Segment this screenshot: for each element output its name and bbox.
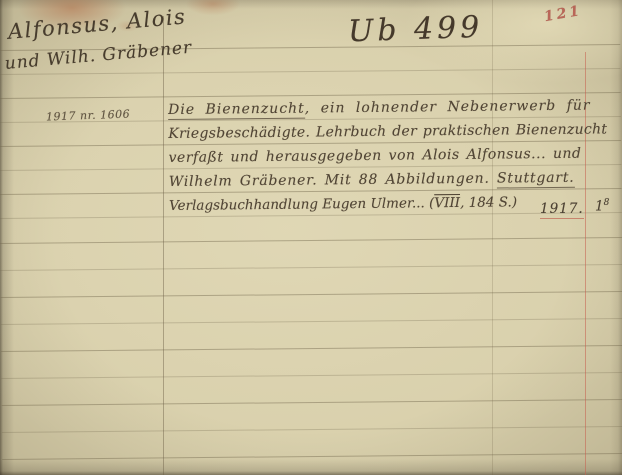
publisher-text: Verlagsbuchhandlung Eugen Ulmer... ( [169,195,434,214]
ruled-line [0,237,622,244]
format-exponent: 8 [604,198,610,208]
title-rest: , ein lohnender Nebenerwerb für [305,98,591,117]
left-margin-line [163,16,164,475]
ruled-line [2,399,622,406]
call-number: Ub 499 [347,10,483,50]
ruled-line [2,453,622,460]
roman-pagination: VIII [434,195,460,211]
ruled-line [1,291,622,298]
vertical-crease [492,0,493,475]
ruled-line [0,68,620,75]
format-notation: 18 [595,198,609,215]
publication-year: 1917. [540,201,584,217]
catalog-card: Alfonsus, Alois und Wilh. Gräbener Ub 49… [0,0,622,475]
title-underlined: Die Bienenzucht [168,101,305,120]
entry-line-2: Kriegsbeschädigte. Lehrbuch der praktisc… [168,121,607,142]
entry-line-4: Wilhelm Gräbener. Mit 88 Abbildungen. St… [169,170,575,190]
pagination-rest: , 184 S.) [460,194,517,211]
entry-line-5: Verlagsbuchhandlung Eugen Ulmer... (VIII… [169,194,517,214]
line4-text: Wilhelm Gräbener. Mit 88 Abbildungen. [169,171,497,190]
entry-line-3: verfaßt und herausgegeben von Alois Alfo… [169,146,582,166]
ruled-line [1,318,622,325]
catalog-entry: Die Bienenzucht, ein lohnender Nebenerwe… [168,97,599,231]
ruled-line [0,264,622,271]
ruled-lines [0,0,622,475]
year-underlined: 1917. [540,201,584,219]
entry-line-1: Die Bienenzucht, ein lohnender Nebenerwe… [168,98,591,118]
ruled-line [1,345,622,352]
place-underlined: Stuttgart. [497,170,575,189]
format-number: 1 [595,199,604,215]
ruled-line [2,426,622,433]
ruled-line [1,372,622,379]
